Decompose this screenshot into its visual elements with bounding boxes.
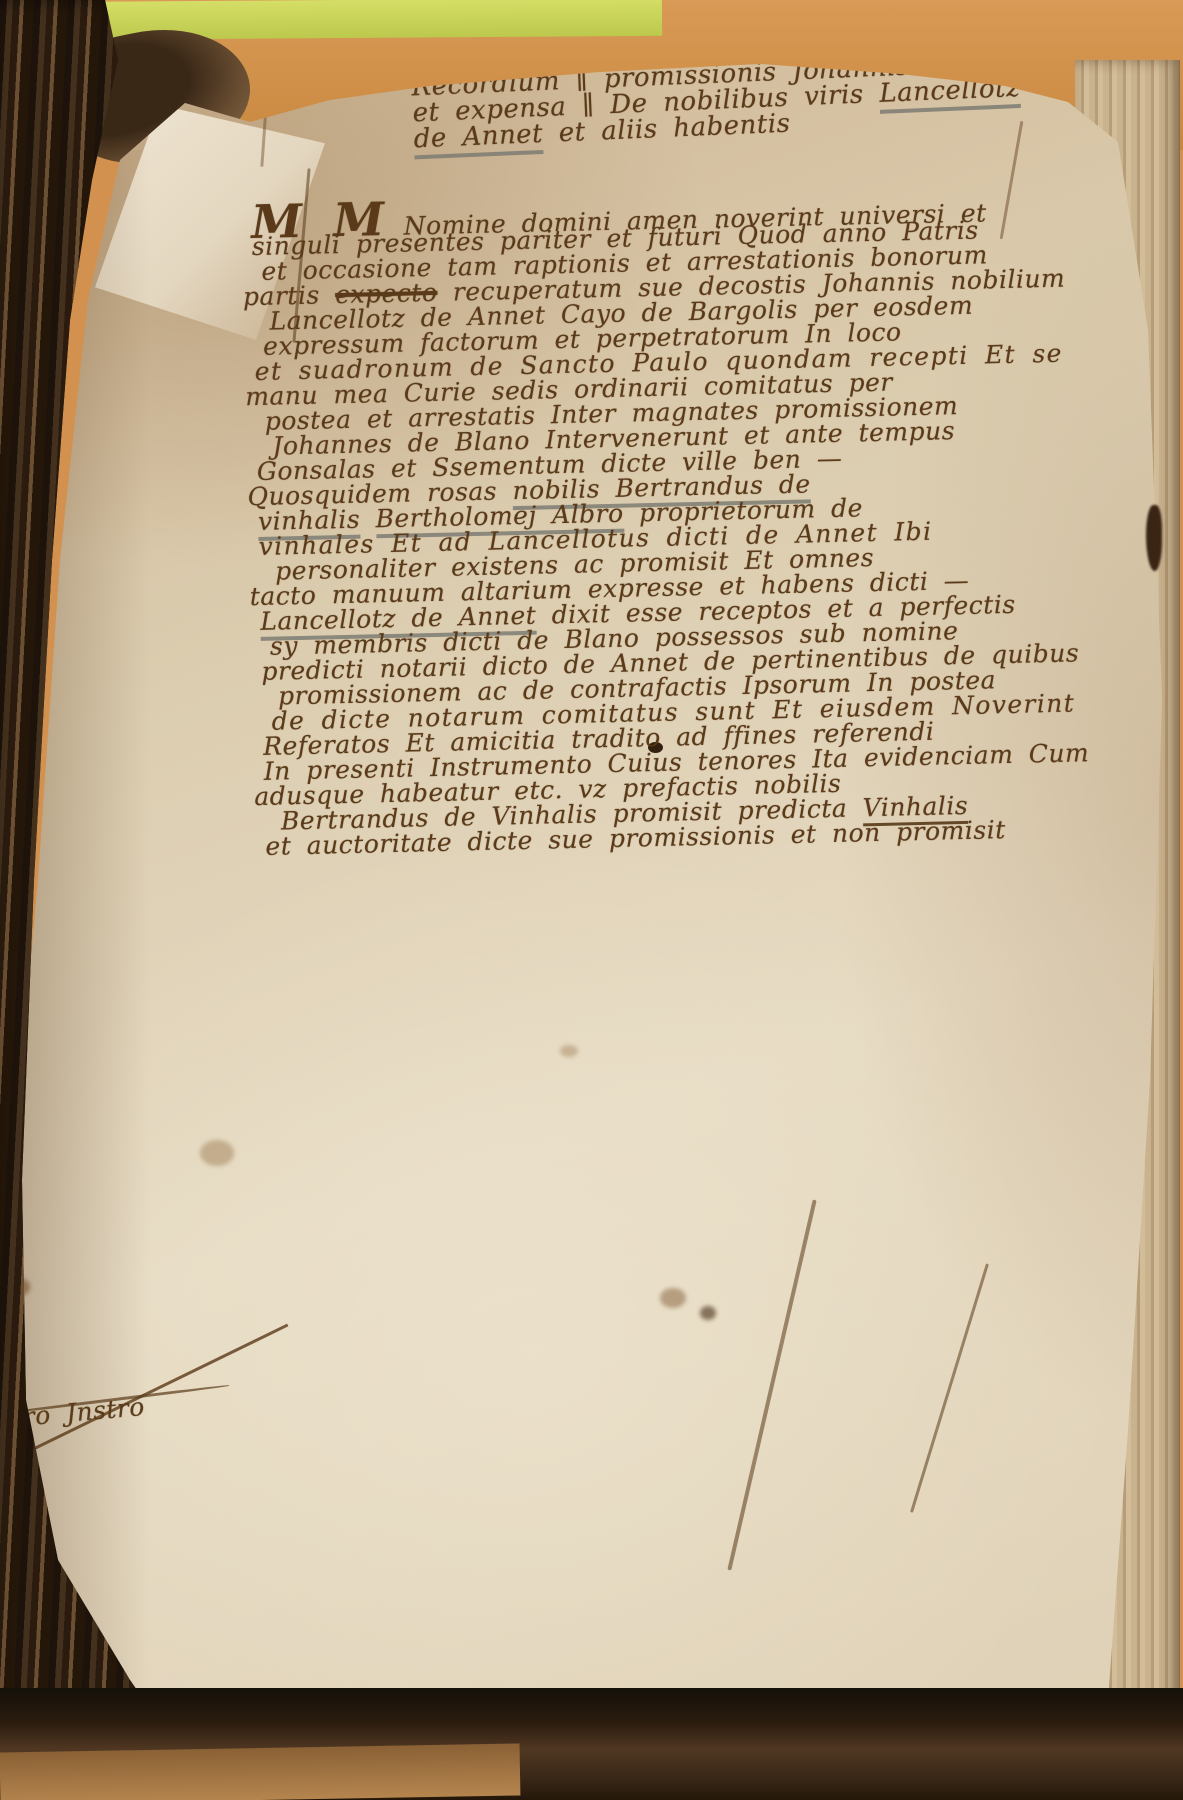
pen-flourish [910,1263,988,1512]
photo-of-manuscript: Recordium ∥ promissionis Johannis de Bla… [0,0,1183,1800]
body-text-block: M M Nomine domini amen noverint universi… [251,179,1056,847]
table-surface-green [22,0,662,40]
paper-stain [200,1140,234,1166]
paper-stain [560,1045,578,1057]
paper-stain [660,1288,686,1308]
paper-stain [700,1306,716,1320]
manuscript-segment: et aliis habentis [542,109,791,149]
table-surface-bottom [0,1743,520,1800]
manuscript-segment-pencil: de Annet [413,119,544,159]
manuscript-page: Recordium ∥ promissionis Johannis de Bla… [0,0,1183,1800]
pen-flourish [727,1199,816,1570]
manuscript-segment: et auctoritate dicte sue promissionis et… [265,815,1006,861]
ink-blot [1146,505,1162,571]
